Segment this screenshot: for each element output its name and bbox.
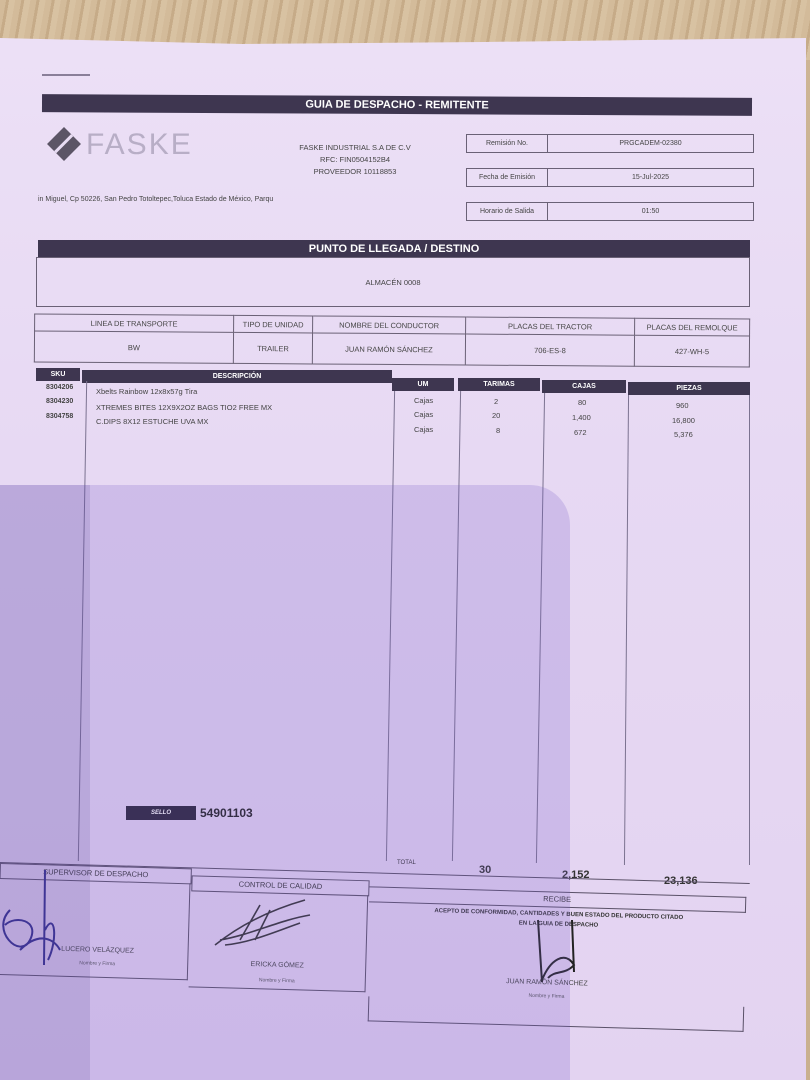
remision-value: PRGCADEM-02380 xyxy=(548,135,753,152)
transport-remolque: 427-WH-5 xyxy=(634,335,749,367)
document-title: GUIA DE DESPACHO - REMITENTE xyxy=(42,94,752,116)
cajas: 672 xyxy=(574,428,587,437)
destination-value: ALMACÉN 0008 xyxy=(365,278,420,287)
transport-tipo: TRAILER xyxy=(233,332,312,364)
items-header-cajas: CAJAS xyxy=(542,380,626,393)
piezas: 5,376 xyxy=(674,430,693,439)
address: in Miguel, Cp 50226, San Pedro Totoltepe… xyxy=(38,196,273,203)
tarimas: 8 xyxy=(496,426,500,435)
fecha-field: Fecha de Emisión 15-Jul-2025 xyxy=(466,168,754,187)
horario-field: Horario de Salida 01:50 xyxy=(466,202,754,221)
recibe-footer-box xyxy=(368,996,745,1031)
fecha-label: Fecha de Emisión xyxy=(467,169,548,186)
faske-logo: FASKE xyxy=(52,128,252,162)
company-rfc: RFC: FIN0504152B4 xyxy=(270,154,440,166)
remision-label: Remisión No. xyxy=(467,135,548,152)
sku: 8304206 xyxy=(46,384,73,391)
items-header-sku: SKU xyxy=(36,368,80,381)
company-name: FASKE INDUSTRIAL S.A DE C.V xyxy=(270,142,440,154)
tarimas: 2 xyxy=(494,397,498,406)
sello-value: 54901103 xyxy=(200,806,253,820)
transport-tractor: 706-ES-8 xyxy=(465,334,634,366)
piezas: 16,800 xyxy=(672,416,695,425)
horario-value: 01:50 xyxy=(548,203,753,220)
cajas: 1,400 xyxy=(572,413,591,422)
horario-label: Horario de Salida xyxy=(467,203,548,220)
destination-header: PUNTO DE LLEGADA / DESTINO xyxy=(38,240,750,257)
recibe-signature xyxy=(530,920,590,990)
transport-header-linea: LINEA DE TRANSPORTE xyxy=(35,314,234,332)
descripcion: XTREMES BITES 12X9X2OZ BAGS TIO2 FREE MX xyxy=(96,403,272,412)
calidad-signature xyxy=(210,895,320,955)
items-header-tarimas: TARIMAS xyxy=(458,378,540,391)
print-mark xyxy=(42,74,90,76)
cajas: 80 xyxy=(578,398,586,407)
column-divider xyxy=(749,395,750,865)
um: Cajas xyxy=(414,410,433,419)
transport-header-tractor: PLACAS DEL TRACTOR xyxy=(466,317,635,335)
descripcion: Xbelts Rainbow 12x8x57g Tira xyxy=(96,387,197,396)
logo-diamond-icon xyxy=(47,127,81,161)
supervisor-signature xyxy=(0,870,120,980)
fecha-value: 15-Jul-2025 xyxy=(548,169,753,186)
transport-conductor: JUAN RAMÓN SÁNCHEZ xyxy=(312,333,465,365)
um: Cajas xyxy=(414,396,433,405)
piezas: 960 xyxy=(676,401,689,410)
transport-header-tipo: TIPO DE UNIDAD xyxy=(234,315,313,333)
logo-text: FASKE xyxy=(86,128,193,162)
destination-box: ALMACÉN 0008 xyxy=(36,257,750,307)
tarimas: 20 xyxy=(492,411,500,420)
sku: 8304230 xyxy=(46,398,73,405)
total-tarimas: 30 xyxy=(479,864,491,876)
sello-label: SELLO xyxy=(126,806,196,820)
company-proveedor: PROVEEDOR 10118853 xyxy=(270,166,440,178)
transport-table: LINEA DE TRANSPORTE TIPO DE UNIDAD NOMBR… xyxy=(34,314,750,368)
items-header-descripcion: DESCRIPCIÓN xyxy=(82,370,392,383)
remision-field: Remisión No. PRGCADEM-02380 xyxy=(466,134,754,153)
items-header-um: UM xyxy=(392,378,454,391)
company-info: FASKE INDUSTRIAL S.A DE C.V RFC: FIN0504… xyxy=(270,142,440,178)
descripcion: C.DIPS 8X12 ESTUCHE UVA MX xyxy=(96,417,208,426)
sku: 8304758 xyxy=(46,413,73,420)
um: Cajas xyxy=(414,425,433,434)
items-header-piezas: PIEZAS xyxy=(628,382,750,395)
transport-linea: BW xyxy=(34,331,233,363)
total-label: TOTAL xyxy=(397,860,416,866)
transport-header-remolque: PLACAS DEL REMOLQUE xyxy=(635,318,750,336)
transport-header-conductor: NOMBRE DEL CONDUCTOR xyxy=(313,316,466,334)
